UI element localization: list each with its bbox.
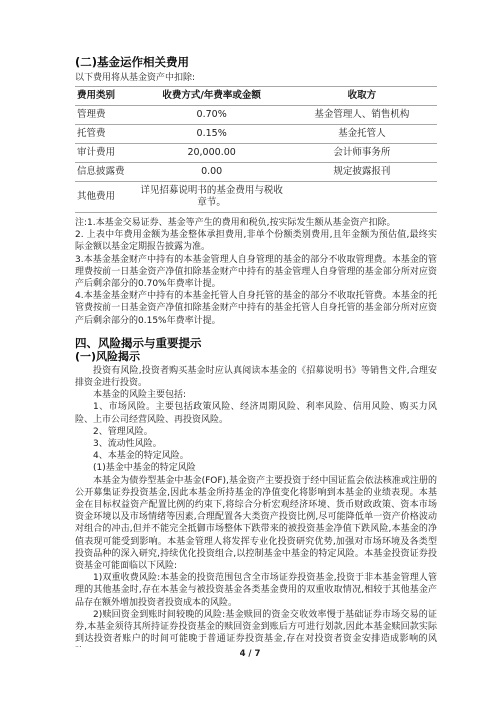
fee-rate-cell: 0.70% [137,106,287,125]
fee-notes: 注:1.本基金交易证券、基金等产生的费用和税负,按实际发生额从基金资产扣除。 2… [75,217,437,327]
fee-note: 3.本基金基金财产中持有的本基金管理人自身管理的基金的部分不收取管理费。本基金的… [75,254,437,291]
fee-rate-cell: 详见招募说明书的基金费用与税收章节。 [137,182,287,213]
fee-note: 2. 上表中年费用金额为基金整体承担费用,非单个份额类别费用,且年金额为预估值,… [75,229,437,253]
risk-section-heading: 四、风险揭示与重要提示 [75,336,437,350]
risk-section: 四、风险揭示与重要提示 (一)风险揭示 投资有风险,投资者购买基金时应认真阅读本… [75,336,437,647]
fee-type-cell: 管理费 [75,106,137,125]
fee-table-header-row: 费用类别 收费方式/年费率或金额 收取方 [75,87,437,106]
fee-type-cell: 托管费 [75,125,137,144]
risk-paragraph: (1)基金中基金的特定风险 [75,462,437,474]
fees-intro-text: 以下费用将从基金资产中扣除: [75,72,437,84]
fee-rate-cell: 20,000.00 [137,144,287,163]
fee-note: 4.本基金基金财产中持有的本基金托管人自身托管的基金的部分不收取托管费。本基金的… [75,290,437,327]
fee-payee-cell: 会计师事务所 [287,144,437,163]
fees-section-heading: (二)基金运作相关费用 [75,55,437,69]
fee-note: 注:1.本基金交易证券、基金等产生的费用和税负,按实际发生额从基金资产扣除。 [75,217,437,229]
table-row: 管理费 0.70% 基金管理人、销售机构 [75,106,437,125]
table-row: 其他费用 详见招募说明书的基金费用与税收章节。 [75,182,437,213]
fee-type-cell: 信息披露费 [75,163,137,182]
risk-paragraph: 投资有风险,投资者购买基金时应认真阅读本基金的《招募说明书》等销售文件,合理安排… [75,365,437,389]
table-row: 信息披露费 0.00 规定披露报刊 [75,163,437,182]
table-row: 审计费用 20,000.00 会计师事务所 [75,144,437,163]
fee-payee-cell [287,182,437,213]
fee-payee-cell: 基金管理人、销售机构 [287,106,437,125]
fee-table-col-payee: 收取方 [287,87,437,106]
fee-payee-cell: 规定披露报刊 [287,163,437,182]
fee-rate-cell: 0.15% [137,125,287,144]
fee-type-cell: 其他费用 [75,182,137,213]
risk-paragraph: 3、流动性风险。 [75,438,437,450]
document-page: { "fees_section": { "heading": "(二)基金运作相… [0,0,500,707]
risk-paragraph: 2)赎回资金到账时间较晚的风险:基金赎回的资金交收效率慢于基础证券市场交易的证券… [75,609,437,647]
fee-rate-cell: 0.00 [137,163,287,182]
fee-table-col-type: 费用类别 [75,87,137,106]
page-content: (二)基金运作相关费用 以下费用将从基金资产中扣除: 费用类别 收费方式/年费率… [75,55,437,647]
table-row: 托管费 0.15% 基金托管人 [75,125,437,144]
page-number: 4 / 7 [0,649,500,659]
risk-paragraph: 本基金的风险主要包括: [75,389,437,401]
risk-section-subheading: (一)风险揭示 [75,350,437,364]
fee-type-cell: 审计费用 [75,144,137,163]
fee-table: 费用类别 收费方式/年费率或金额 收取方 管理费 0.70% 基金管理人、销售机… [75,86,437,213]
fee-payee-cell: 基金托管人 [287,125,437,144]
fee-table-col-rate: 收费方式/年费率或金额 [137,87,287,106]
risk-paragraph: 4、本基金的特定风险。 [75,450,437,462]
risk-paragraph: 本基金为债券型基金中基金(FOF),基金资产主要投资于经中国证监会依法核准或注册… [75,475,437,573]
risk-paragraph: 1)双重收费风险:本基金的投资范围包含全市场证券投资基金,投资于非本基金管理人管… [75,572,437,609]
risk-paragraph: 1、市场风险。主要包括政策风险、经济周期风险、利率风险、信用风险、购买力风险、上… [75,401,437,425]
risk-paragraph: 2、管理风险。 [75,426,437,438]
